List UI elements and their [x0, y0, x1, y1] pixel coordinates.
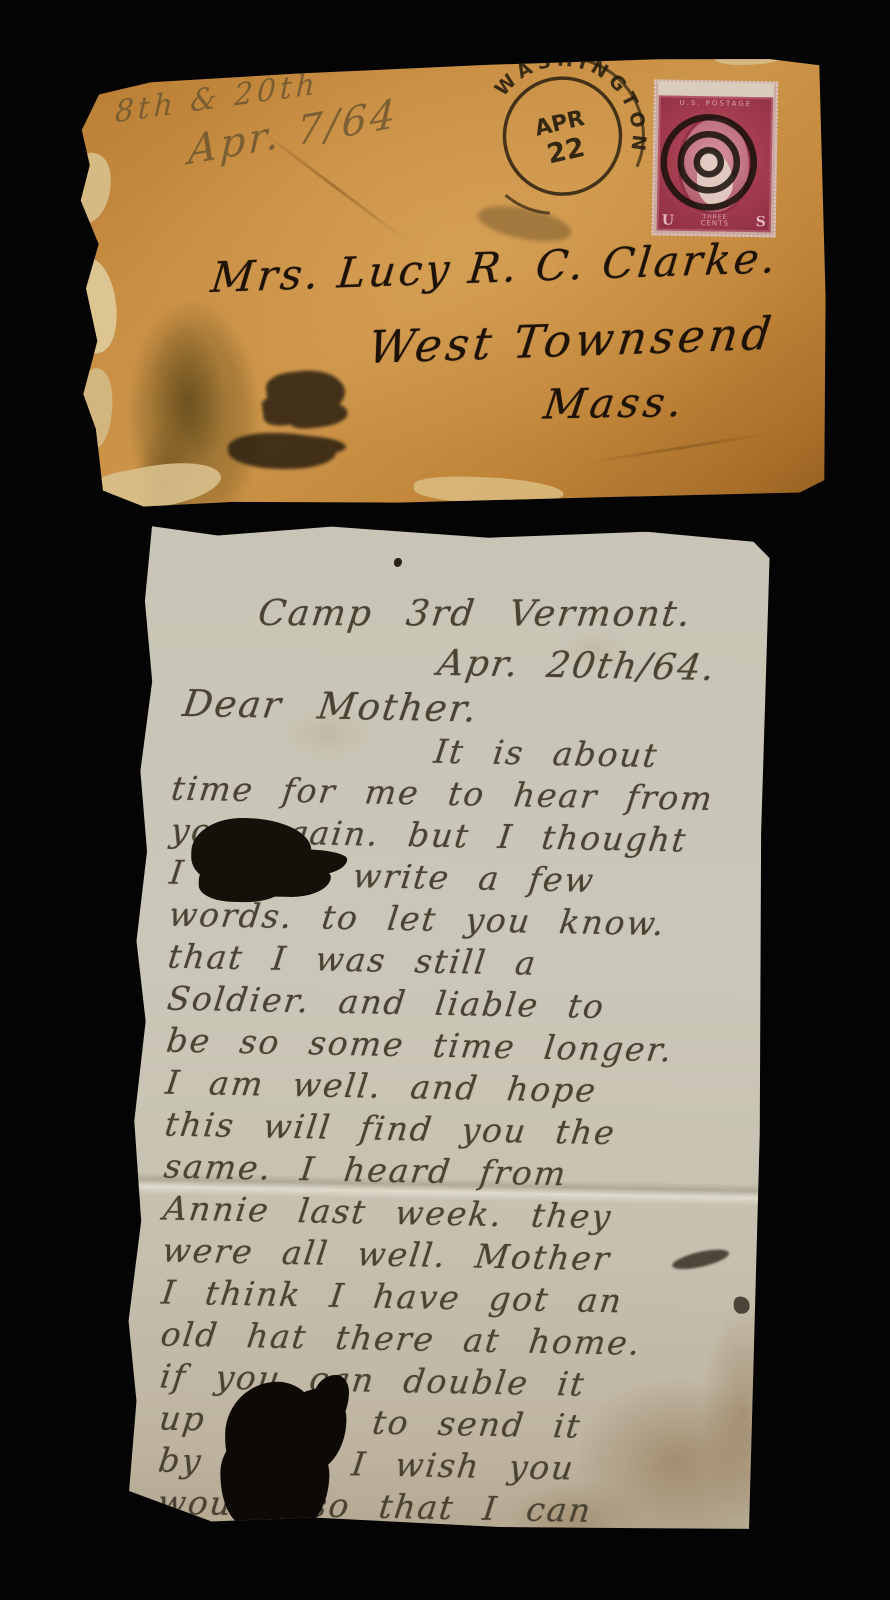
pencil-docket: 8th & 20th Apr. 7/64 — [113, 56, 402, 179]
envelope-crease — [584, 430, 782, 464]
torn-paper-flap — [62, 255, 125, 357]
letter-salutation: Dear Mother. — [180, 682, 481, 731]
address-line3: Mass. — [541, 378, 689, 429]
target-cancel-icon — [646, 83, 785, 235]
letter-page: Camp 3rd Vermont. Apr. 20th/64. Dear Mot… — [123, 521, 772, 1533]
torn-paper-flap — [89, 453, 225, 519]
ink-speck — [394, 558, 402, 567]
letter-heading-date: Apr. 20th/64. — [435, 643, 720, 689]
envelope: 8th & 20th Apr. 7/64 WASHINGTON APR 22 U… — [76, 56, 830, 509]
ink-smudge — [734, 1297, 750, 1314]
ink-scribble — [228, 432, 337, 470]
torn-paper-flap — [71, 366, 116, 450]
letter-heading-place: Camp 3rd Vermont. — [256, 593, 694, 635]
photograph: 8th & 20th Apr. 7/64 WASHINGTON APR 22 U… — [0, 0, 890, 1600]
address-line1: Mrs. Lucy R. C. Clarke. — [209, 234, 755, 302]
address-line2: West Townsend — [365, 307, 778, 374]
ink-scribble — [264, 366, 347, 421]
torn-paper-flap — [62, 150, 118, 228]
torn-paper-flap — [713, 44, 786, 68]
torn-paper-flap — [413, 475, 564, 506]
postage-stamp: U.S. POSTAGE U THREE CENTS S — [652, 79, 779, 237]
